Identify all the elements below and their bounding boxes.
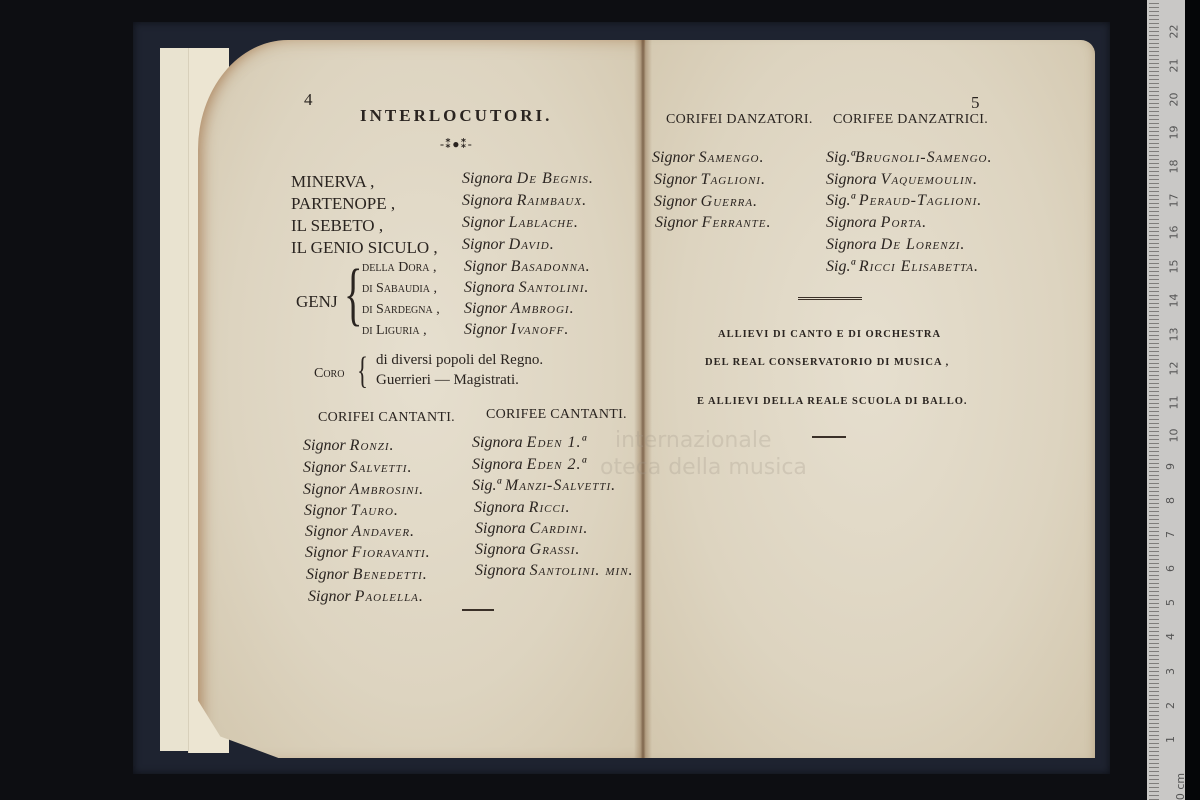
list-item: Sig.ªBrugnoli-Samengo. (826, 149, 992, 167)
genj-role: di Liguria , (362, 323, 427, 339)
item-title: Signora (475, 562, 526, 579)
ruler-label: 7 (1164, 531, 1177, 538)
item-title: Signora (472, 434, 523, 451)
list-item: Signora Santolini. min. (475, 562, 634, 580)
item-title: Signor (305, 544, 348, 561)
singer-name: Ambrogi. (511, 300, 575, 317)
watermark-line: oteca della musica (600, 455, 807, 480)
item-title: Signor (305, 523, 348, 540)
item-name: Fioravanti. (352, 544, 431, 561)
list-item: Signora Ricci. (474, 499, 570, 517)
item-title: Sig.ª (826, 192, 855, 209)
list-item: Signor Paolella. (308, 588, 424, 606)
item-name: Ferrante. (702, 214, 772, 231)
singer-line: Signor Ambrogi. (464, 300, 575, 318)
book-gutter (634, 40, 652, 758)
item-title: Sig.ª (472, 477, 501, 494)
ruler-label: 8 (1164, 497, 1177, 504)
item-title: Signor (303, 459, 346, 476)
item-title: Signora (472, 456, 523, 473)
item-name: Peraud-Taglioni. (859, 192, 982, 209)
ruler-label: 22 (1168, 25, 1181, 39)
singer-title: Signora (462, 170, 513, 187)
genj-role: di Sardegna , (362, 302, 440, 318)
list-item: Signora Eden 1.ª (472, 434, 587, 452)
ruler-label: 14 (1168, 294, 1181, 308)
singer-name: Lablache. (509, 214, 579, 231)
item-name: Ambrosini. (350, 481, 424, 498)
ruler-label: 11 (1168, 396, 1181, 410)
left-page (198, 40, 645, 758)
item-title: Signor (652, 149, 695, 166)
item-title: Signora (475, 520, 526, 537)
list-item: Signor Benedetti. (306, 566, 428, 584)
role-sebeto: IL SEBETO , (291, 216, 383, 236)
list-item: Signor Fioravanti. (305, 544, 431, 562)
item-title: Signora (474, 499, 525, 516)
brace-icon: { (357, 352, 368, 390)
item-title: Signora (826, 214, 877, 231)
item-name: Ricci. (529, 499, 571, 516)
allievi-line: E ALLIEVI DELLA REALE SCUOLA DI BALLO. (697, 396, 968, 407)
item-name: Ronzi. (350, 437, 395, 454)
corifei-danzatori-header: CORIFEI DANZATORI. (666, 112, 813, 128)
list-item: Signor Samengo. (652, 149, 765, 167)
ruler-label: 6 (1164, 565, 1177, 572)
item-title: Signor (306, 566, 349, 583)
singer-name: David. (509, 236, 555, 253)
item-title: Signor (303, 481, 346, 498)
ruler-label: 19 (1168, 126, 1181, 140)
item-name: Eden 2.ª (527, 456, 587, 473)
ruler-label: 0 cm (1174, 773, 1187, 800)
list-item: Signor Ferrante. (655, 214, 772, 232)
list-item: Signora Cardini. (475, 520, 588, 538)
role-minerva: MINERVA , (291, 172, 374, 192)
brace-icon: { (344, 260, 362, 330)
singer-title: Signor (464, 300, 507, 317)
end-rule (462, 609, 494, 611)
item-name: Benedetti. (353, 566, 428, 583)
list-item: Signor Taglioni. (654, 171, 766, 189)
item-name: Andaver. (352, 523, 415, 540)
genj-role: di Sabaudia , (362, 281, 437, 297)
singer-title: Signor (462, 236, 505, 253)
singer-name: Ivanoff. (511, 321, 570, 338)
item-title: Signor (655, 214, 698, 231)
list-item: Signora Vaquemoulin. (826, 171, 978, 189)
item-title: Signor (303, 437, 346, 454)
item-name: Salvetti. (350, 459, 413, 476)
item-title: Signora (826, 171, 877, 188)
ruler-label: 12 (1168, 362, 1181, 376)
item-title: Signora (475, 541, 526, 558)
ruler-label: 16 (1168, 226, 1181, 240)
item-name: Samengo. (699, 149, 765, 166)
list-item: Sig.ª Peraud-Taglioni. (826, 192, 982, 210)
singer-title: Signora (462, 192, 513, 209)
singer-title: Signor (462, 214, 505, 231)
corifee-danzatrici-header: CORIFEE DANZATRICI. (833, 112, 988, 128)
ruler-label: 17 (1168, 194, 1181, 208)
singer-title: Signor (464, 321, 507, 338)
singer-line: Signor David. (462, 236, 555, 254)
ruler-label: 9 (1164, 463, 1177, 470)
list-item: Signora Grassi. (475, 541, 580, 559)
item-name: Paolella. (355, 588, 424, 605)
singer-name: Santolini. (519, 279, 590, 296)
allievi-line: ALLIEVI DI CANTO E DI ORCHESTRA (718, 329, 941, 340)
item-name: Vaquemoulin. (881, 171, 978, 188)
ornament-divider: -⁑●⁑- (440, 137, 473, 152)
corifee-cantanti-header: CORIFEE CANTANTI. (486, 407, 627, 423)
singer-line: Signora De Begnis. (462, 170, 594, 188)
role-genio-siculo: IL GENIO SICULO , (291, 238, 438, 258)
ruler-label: 3 (1164, 668, 1177, 675)
double-rule (798, 297, 862, 300)
list-item: Signor Tauro. (304, 502, 399, 520)
coro-line: Guerrieri — Magistrati. (376, 372, 519, 389)
ruler-label: 4 (1164, 633, 1177, 640)
singer-title: Signor (464, 258, 507, 275)
list-item: Signor Ambrosini. (303, 481, 424, 499)
list-item: Signor Andaver. (305, 523, 415, 541)
item-name: Brugnoli-Samengo. (855, 149, 993, 166)
list-item: Signora Porta. (826, 214, 927, 232)
item-name: Ricci Elisabetta. (859, 258, 979, 275)
ruler-label: 13 (1168, 328, 1181, 342)
item-name: De Lorenzi. (881, 236, 966, 253)
item-name: Grassi. (530, 541, 581, 558)
end-rule (812, 436, 846, 438)
corifei-cantanti-header: CORIFEI CANTANTI. (318, 410, 455, 426)
list-item: Sig.ª Ricci Elisabetta. (826, 258, 979, 276)
allievi-line: DEL REAL CONSERVATORIO DI MUSICA , (705, 357, 949, 368)
item-title: Signor (308, 588, 351, 605)
watermark-line: internazionale (615, 428, 772, 453)
item-title: Signor (304, 502, 347, 519)
singer-name: Raimbaux. (517, 192, 587, 209)
role-partenope: PARTENOPE , (291, 194, 395, 214)
list-item: Signora De Lorenzi. (826, 236, 965, 254)
page-title: INTERLOCUTORI. (360, 106, 552, 126)
item-title: Sig.ª (826, 149, 855, 166)
coro-label: Coro (314, 366, 344, 382)
item-name: Santolini. min. (530, 562, 634, 579)
ruler-label: 15 (1168, 260, 1181, 274)
list-item: Signora Eden 2.ª (472, 456, 587, 474)
ruler-label: 5 (1164, 599, 1177, 606)
ruler-label: 21 (1168, 59, 1181, 73)
item-name: Cardini. (530, 520, 589, 537)
list-item: Sig.ª Manzi-Salvetti. (472, 477, 616, 495)
page-number-left: 4 (304, 90, 313, 110)
singer-line: Signor Lablache. (462, 214, 579, 232)
ruler-label: 20 (1168, 93, 1181, 107)
ruler-shadow (1185, 0, 1200, 800)
singer-title: Signora (464, 279, 515, 296)
singer-line: Signora Santolini. (464, 279, 589, 297)
list-item: Signor Salvetti. (303, 459, 412, 477)
coro-line: di diversi popoli del Regno. (376, 352, 543, 369)
singer-name: De Begnis. (517, 170, 594, 187)
singer-line: Signor Ivanoff. (464, 321, 569, 339)
list-item: Signor Guerra. (654, 193, 758, 211)
singer-line: Signora Raimbaux. (462, 192, 587, 210)
singer-line: Signor Basadonna. (464, 258, 591, 276)
item-title: Signora (826, 236, 877, 253)
ruler-label: 1 (1164, 736, 1177, 743)
item-title: Signor (654, 171, 697, 188)
ruler-label: 10 (1168, 429, 1181, 443)
singer-name: Basadonna. (511, 258, 591, 275)
item-name: Tauro. (351, 502, 399, 519)
genj-label: GENJ (296, 292, 338, 312)
item-name: Taglioni. (701, 171, 766, 188)
genj-role: della Dora , (362, 260, 437, 276)
ruler-label: 18 (1168, 160, 1181, 174)
item-name: Eden 1.ª (527, 434, 587, 451)
ruler-label: 2 (1164, 702, 1177, 709)
item-title: Sig.ª (826, 258, 855, 275)
list-item: Signor Ronzi. (303, 437, 395, 455)
item-name: Guerra. (701, 193, 758, 210)
item-name: Porta. (881, 214, 927, 231)
item-title: Signor (654, 193, 697, 210)
page-number-right: 5 (971, 93, 980, 113)
